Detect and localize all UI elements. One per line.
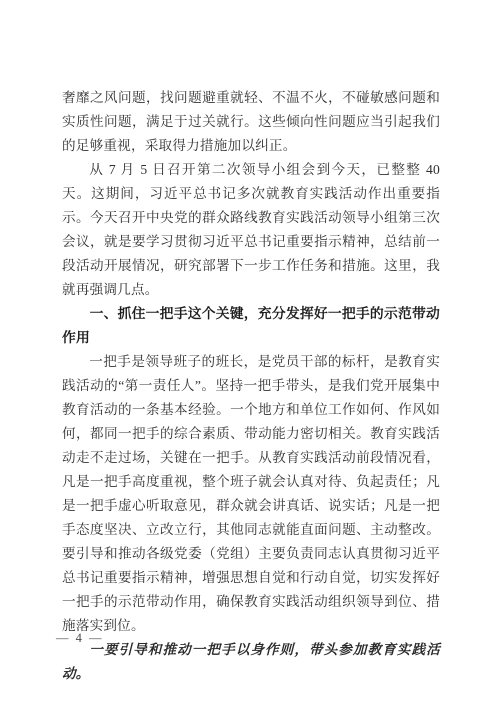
page-number: — 4 — bbox=[56, 630, 104, 646]
section-heading: 一、抓住一把手这个关键，充分发挥好一把手的示范带动作用 bbox=[62, 302, 440, 350]
paragraph-first-hand-role: 一把手是领导班子的班长，是党员干部的标杆，是教育实践活动的“第一责任人”。坚持一… bbox=[62, 350, 440, 638]
paragraph-emphasis-lead-by-example: 一要引导和推动一把手以身作则，带头参加教育实践活动。 bbox=[62, 638, 440, 686]
paragraph-continuation: 奢靡之风问题，找问题避重就轻、不温不火，不碰敏感问题和实质性问题，满足于过关就行… bbox=[62, 86, 440, 158]
document-body: 奢靡之风问题，找问题避重就轻、不温不火，不碰敏感问题和实质性问题，满足于过关就行… bbox=[62, 86, 440, 686]
paragraph-meeting-summary: 从 7 月 5 日召开第二次领导小组会到今天，已整整 40 天。这期间，习近平总… bbox=[62, 158, 440, 302]
document-page: 奢靡之风问题，找问题避重就轻、不温不火，不碰敏感问题和实质性问题，满足于过关就行… bbox=[0, 0, 500, 707]
